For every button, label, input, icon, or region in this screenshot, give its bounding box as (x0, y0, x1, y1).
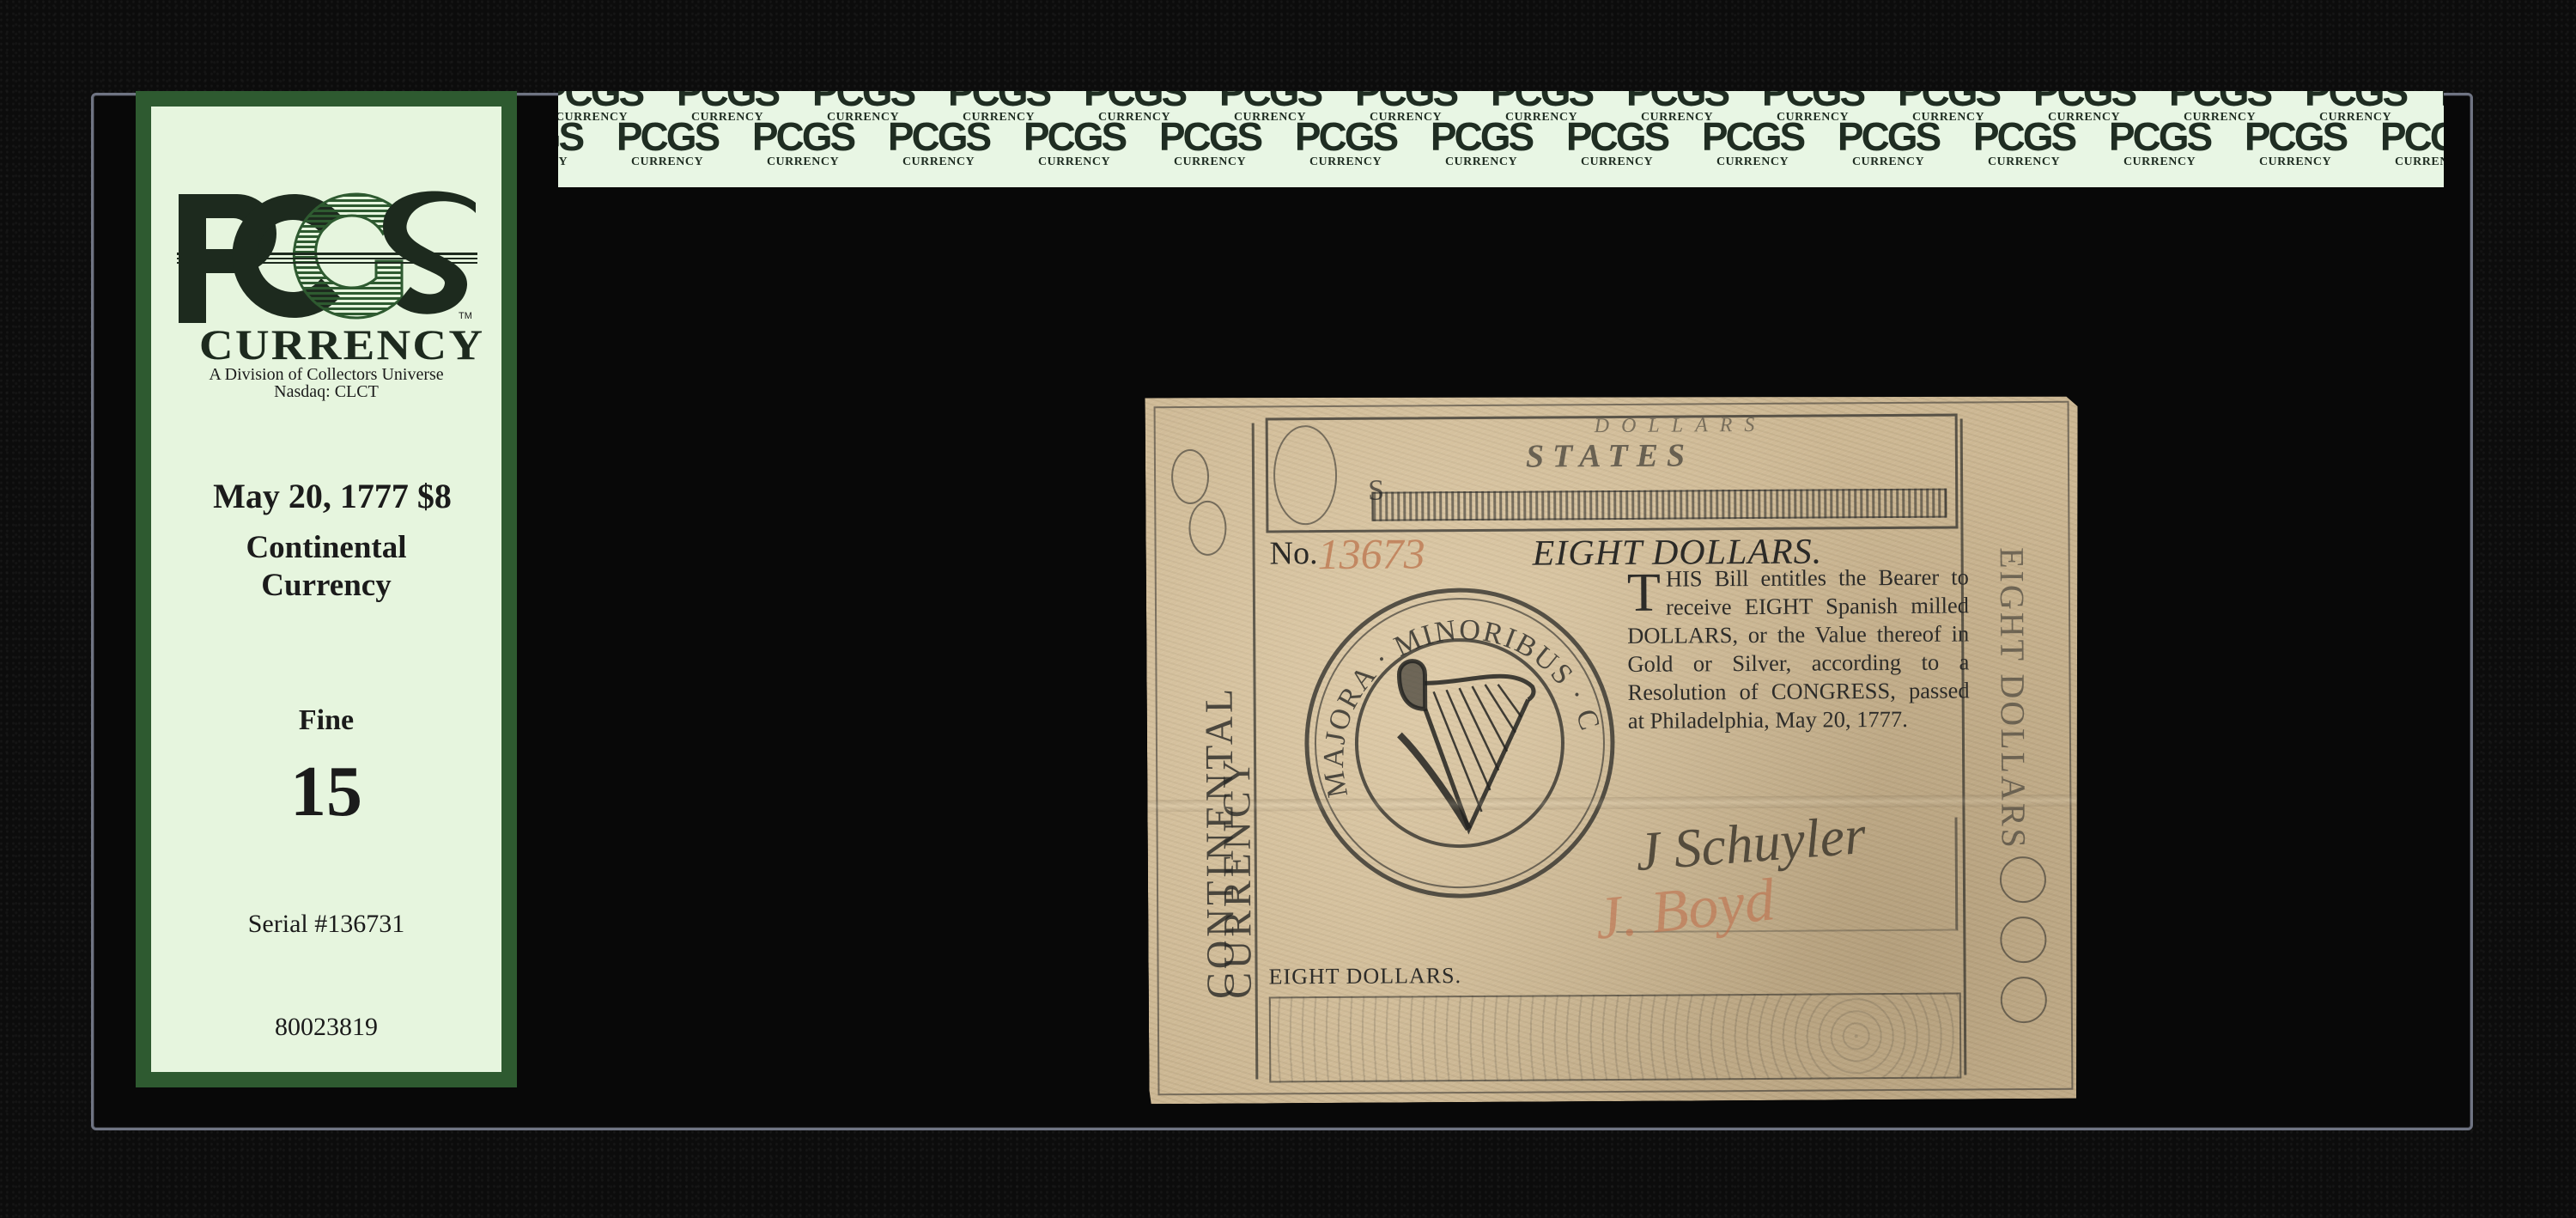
strip-logo: PCGSCURRENCY (735, 117, 871, 168)
ornament-scroll-icon (1273, 425, 1338, 525)
holder-pattern-strip: PCGSCURRENCYPCGSCURRENCYPCGSCURRENCYPCGS… (558, 91, 2444, 187)
seal: MAJORA · MINORIBUS · CONSONANT (1296, 579, 1624, 907)
grade-name: Fine (151, 704, 501, 737)
grading-label: TM CURRENCY A Division of Collectors Uni… (136, 91, 517, 1087)
strip-logo: PCGSCURRENCY (1278, 117, 1413, 168)
strip-logo: PCGSCURRENCY (1413, 117, 1549, 168)
strip-logo: PCGSCURRENCY (1956, 117, 2092, 168)
body-paragraph: HIS Bill entitles the Bearer to receive … (1627, 563, 1970, 734)
ticker-text: Nasdaq: CLCT (151, 383, 501, 401)
ornament-scroll-icon (1171, 449, 1209, 504)
top-panel-bar (1371, 489, 1947, 521)
banknote: CONTINENTAL CURRENCY EIGHT DOLLARS DOLLA… (1145, 393, 2081, 1105)
strip-logo: PCGSCURRENCY (1549, 117, 1685, 168)
serial-number: Serial #136731 (151, 910, 501, 939)
label-panel: TM CURRENCY A Division of Collectors Uni… (151, 107, 501, 1072)
left-side-text: CONTINENTAL CURRENCY (1210, 638, 1230, 999)
ornament-scroll-icon (2001, 977, 2047, 1023)
grade-number: 15 (151, 756, 501, 828)
cert-number: 80023819 (151, 1013, 501, 1042)
issue-date: May 20, 1777 $8 (151, 476, 501, 516)
series-line-2: Currency (261, 568, 391, 603)
strip-logo: PCGSCURRENCY (2227, 117, 2363, 168)
strip-logo: PCGSCURRENCY (1685, 117, 1820, 168)
top-panel-word-1: DOLLARS (1595, 414, 1767, 438)
series-line-1: Continental (246, 530, 406, 565)
strip-logo: PCGSCURRENCY (1006, 117, 1142, 168)
bottom-ornamental-panel (1269, 993, 1962, 1083)
strip-logo: PCGSCURRENCY (1820, 117, 1956, 168)
strip-logo: PCGSCURRENCY (599, 117, 735, 168)
strip-logo: PCGSCURRENCY (2092, 117, 2227, 168)
handwritten-number: 13673 (1317, 528, 1425, 579)
top-ornamental-panel: DOLLARS STATES S (1266, 414, 1959, 533)
top-panel-word-2: STATES (1526, 436, 1693, 475)
drop-cap: T (1627, 569, 1661, 617)
division-text: A Division of Collectors Universe (151, 366, 501, 384)
ornament-scroll-icon (2000, 917, 2046, 963)
strip-logo: PCGSCURRENCY (558, 117, 599, 168)
pcgs-logo-icon (177, 189, 477, 323)
right-border-panel: EIGHT DOLLARS (1960, 418, 2070, 1075)
ornament-scroll-icon (1188, 501, 1226, 556)
strip-logo: PCGSCURRENCY (2363, 117, 2444, 168)
note-body-text: T HIS Bill entitles the Bearer to receiv… (1627, 563, 1970, 734)
bottom-denomination: EIGHT DOLLARS. (1269, 963, 1462, 990)
number-label: No. (1269, 534, 1317, 572)
strip-logo: PCGSCURRENCY (871, 117, 1006, 168)
strip-logo: PCGSCURRENCY (1142, 117, 1278, 168)
series-description: Continental Currency (151, 529, 501, 605)
ornament-scroll-icon (2000, 856, 2046, 903)
logo-wordmark: CURRENCY (180, 323, 503, 366)
